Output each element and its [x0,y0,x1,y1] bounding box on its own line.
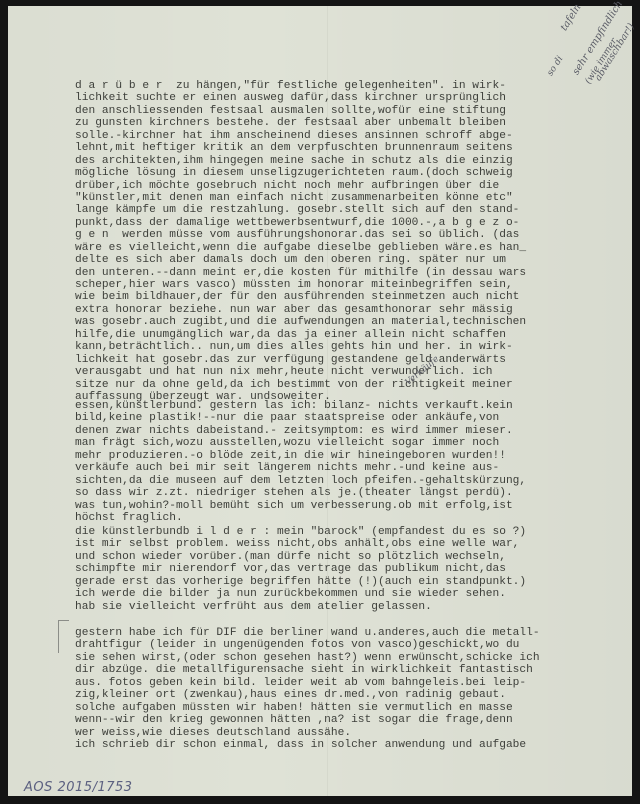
text-line: lehnt,mit heftiger kritik an dem verpfus… [75,142,635,154]
text-line: punkt,dass der damalige wettbewerbsentwu… [75,217,635,229]
text-line: schimpfte mir nierendorf vor,das vertrag… [75,563,635,575]
text-line: denen zwar nichts dabeistand.- zeitsympt… [75,425,635,437]
text-line: hilfe,die unumgänglich war,da das ja ein… [75,329,635,341]
text-line: ich werde die bilder ja nun zurückbekomm… [75,588,635,600]
text-line: lange kämpfe um die restzahlung. gosebr.… [75,204,635,216]
text-line: scheper,hier wars vasco) müssten im hono… [75,279,635,291]
margin-bracket-mark [58,620,69,653]
text-line: des architekten,ihm hingegen meine sache… [75,155,635,167]
text-line: bild,keine plastik!--nur die paar staats… [75,412,635,424]
text-line: d a r ü b e r zu hängen,"für festliche g… [75,80,635,92]
text-line: drahtfigur (leider in ungenügenden fotos… [75,639,635,651]
text-line: die künstlerbundb i l d e r : mein "baro… [75,526,635,538]
document-page: tafeln sehr empfindlich (wie immer abwas… [8,6,632,796]
paragraph-4: gestern habe ich für DIF die berliner wa… [75,627,635,751]
text-line: höchst fraglich. [75,512,635,524]
text-line: wer weiss,wie dieses deutschland aussähe… [75,727,635,739]
text-line: hab sie vielleicht verfrüht aus dem atel… [75,601,635,613]
paragraph-1: d a r ü b e r zu hängen,"für festliche g… [75,80,635,403]
text-line: den unteren.--dann meint er,die kosten f… [75,267,635,279]
text-line: ist mir selbst problem. weiss nicht,obs … [75,538,635,550]
text-line: mehr produzieren.-o blöde zeit,in die wi… [75,450,635,462]
text-line: zig,kleiner ort (zwenkau),haus eines dr.… [75,689,635,701]
text-line: zu gunsten kirchners bestehe. der festsa… [75,117,635,129]
text-line: verausgabt und hat nun nix mehr,heute ni… [75,366,635,378]
text-line: essen,künstlerbund. gestern las ich: bil… [75,400,635,412]
paragraph-3: die künstlerbundb i l d e r : mein "baro… [75,526,635,613]
text-line: wenn--wir den krieg gewonnen hätten ,na?… [75,714,635,726]
text-line: extra honorar beziehe. nun war aber das … [75,304,635,316]
text-line: was tun,wohin?-moll bemüht sich um verbe… [75,500,635,512]
handwritten-note-so-di: so di [546,54,566,78]
text-line: sie sehen wirst,(oder schon gesehen hast… [75,652,635,664]
text-line: lichkeit hat gosebr.das zur verfügung ge… [75,354,635,366]
text-line: solche aufgaben müssten wir haben! hätte… [75,702,635,714]
text-line: sitze nur da ohne geld,da ich bestimmt v… [75,379,635,391]
text-line: verkäufe auch bei mir seit längerem nich… [75,462,635,474]
text-line: so dass wir z.zt. niedriger stehen als j… [75,487,635,499]
handwritten-note-tafeln: tafeln [559,2,584,33]
text-line: solle.-kirchner hat ihm anscheinend dies… [75,130,635,142]
text-line: dir abzüge. die metallfigurensache sieht… [75,664,635,676]
text-line: g e n werden müsse vom ausführungshonora… [75,229,635,241]
text-line: was gosebr.auch zugibt,und die aufwendun… [75,316,635,328]
text-line: lichkeit suchte er einen ausweg dafür,da… [75,92,635,104]
text-line: wie beim bildhauer,der für den ausführen… [75,291,635,303]
text-line: kann,beträchtlich.. nun,um dies alles ge… [75,341,635,353]
text-line: gerade erst das vorherige begriffen hätt… [75,576,635,588]
text-line: mögliche lösung in diesem unseligzugeric… [75,167,635,179]
text-line: sichten,da die museen auf dem letzten lo… [75,475,635,487]
page-edge-notch [374,0,384,6]
text-line: "künstler,mit denen man einfach nicht zu… [75,192,635,204]
text-line: wäre es vielleicht,wenn die aufgabe dies… [75,242,635,254]
text-line: man frägt sich,wozu ausstellen,wozu viel… [75,437,635,449]
text-line: den anschliessenden festsaal ausmalen so… [75,105,635,117]
text-line: drüber,ich möchte gosebruch nicht noch m… [75,180,635,192]
text-line: und schon wieder vorüber.(man dürfe nich… [75,551,635,563]
archive-number: AOS 2015/1753 [24,780,133,795]
text-line: ich schrieb dir schon einmal, dass in so… [75,739,635,751]
text-line: gestern habe ich für DIF die berliner wa… [75,627,635,639]
paragraph-2: essen,künstlerbund. gestern las ich: bil… [75,400,635,524]
text-line: aus. fotos geben kein bild. leider weit … [75,677,635,689]
text-line: delte es sich aber damals doch um den ob… [75,254,635,266]
